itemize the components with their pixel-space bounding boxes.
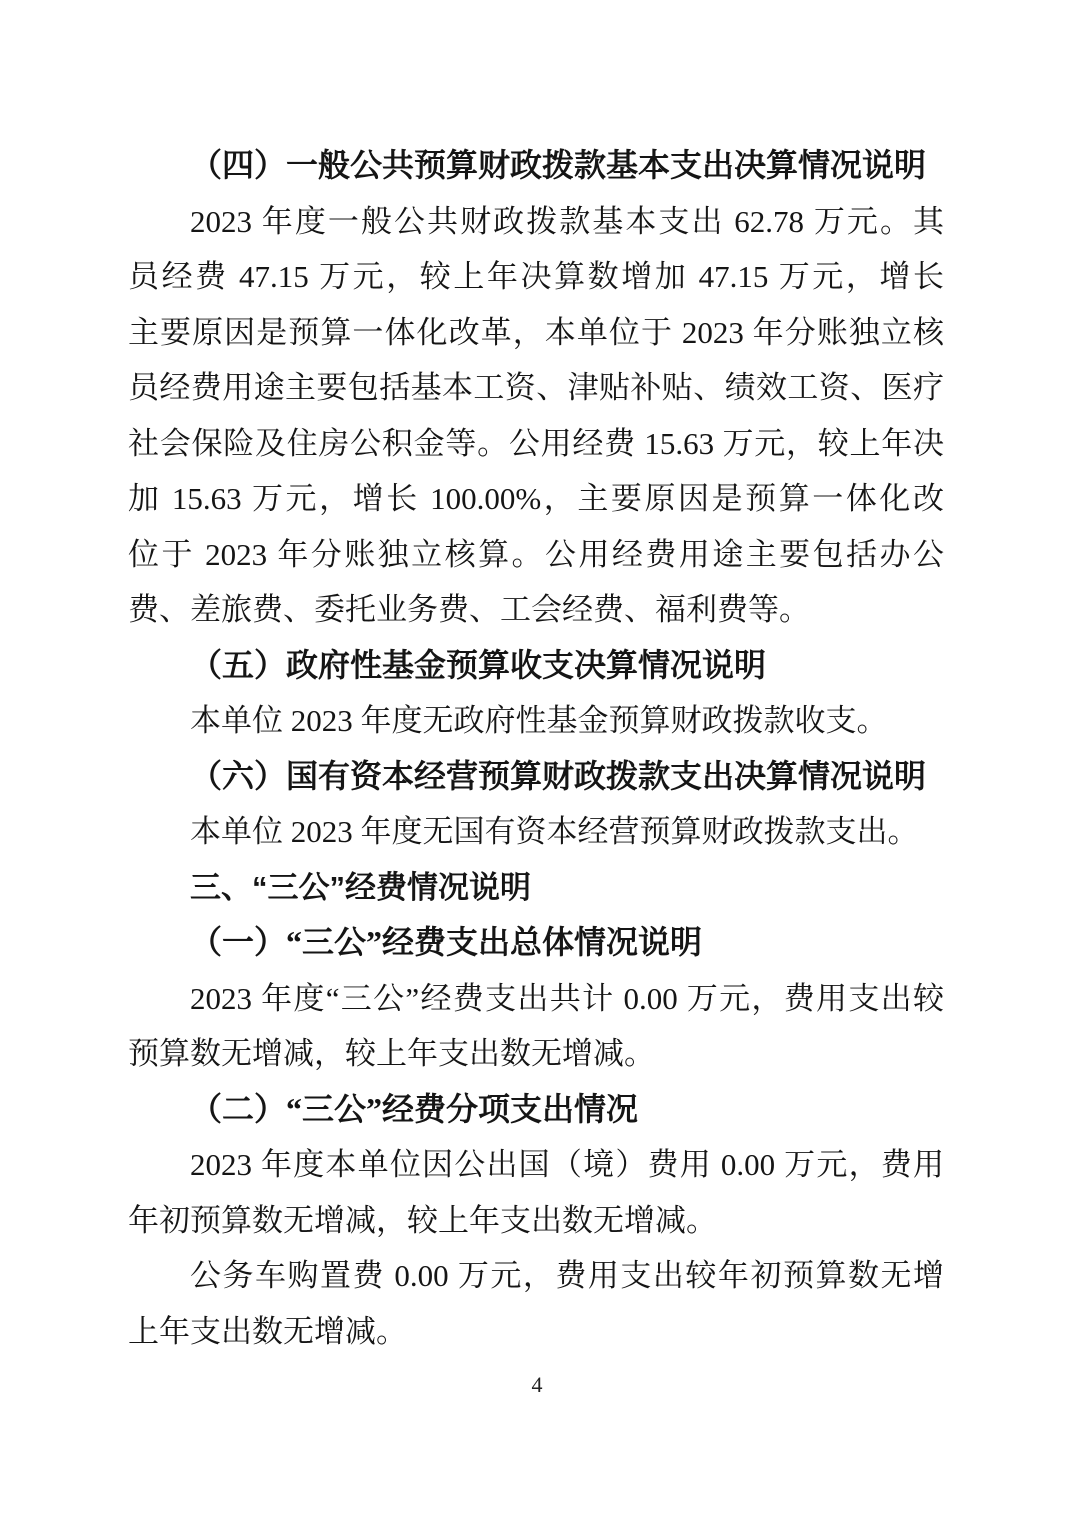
paragraph-line: 2023 年度“三公”经费支出共计 0.00 万元，费用支出较年初 bbox=[128, 971, 944, 1027]
paragraph-line: 上年支出数无增减。 bbox=[128, 1304, 944, 1360]
heading-subsection-2: （二）“三公”经费分项支出情况 bbox=[128, 1082, 944, 1138]
paragraph-line: 费、差旅费、委托业务费、工会经费、福利费等。 bbox=[128, 582, 944, 638]
paragraph-line: 公务车购置费 0.00 万元，费用支出较年初预算数无增减，较 bbox=[128, 1248, 944, 1304]
heading-section-4: （四）一般公共预算财政拨款基本支出决算情况说明 bbox=[128, 138, 944, 194]
document-page: （四）一般公共预算财政拨款基本支出决算情况说明 2023 年度一般公共财政拨款基… bbox=[0, 0, 1074, 1520]
paragraph-line: 本单位 2023 年度无国有资本经营预算财政拨款支出。 bbox=[128, 804, 944, 860]
paragraph-line: 社会保险及住房公积金等。公用经费 15.63 万元，较上年决算数增 bbox=[128, 416, 944, 472]
paragraph-line: 年初预算数无增减，较上年支出数无增减。 bbox=[128, 1193, 944, 1249]
paragraph-line: 预算数无增减，较上年支出数无增减。 bbox=[128, 1026, 944, 1082]
page-number: 4 bbox=[0, 1372, 1074, 1398]
heading-part-3: 三、“三公”经费情况说明 bbox=[128, 860, 944, 916]
paragraph-line: 2023 年度一般公共财政拨款基本支出 62.78 万元。其中：人 bbox=[128, 194, 944, 250]
heading-section-6: （六）国有资本经营预算财政拨款支出决算情况说明 bbox=[128, 749, 944, 805]
document-body: （四）一般公共预算财政拨款基本支出决算情况说明 2023 年度一般公共财政拨款基… bbox=[128, 138, 944, 1359]
paragraph-line: 员经费用途主要包括基本工资、津贴补贴、绩效工资、医疗费、 bbox=[128, 360, 944, 416]
paragraph-line: 主要原因是预算一体化改革，本单位于 2023 年分账独立核算。人 bbox=[128, 305, 944, 361]
paragraph-line: 2023 年度本单位因公出国（境）费用 0.00 万元，费用支出较 bbox=[128, 1137, 944, 1193]
paragraph-line: 位于 2023 年分账独立核算。公用经费用途主要包括办公费、邮电 bbox=[128, 527, 944, 583]
paragraph-line: 加 15.63 万元，增长 100.00%，主要原因是预算一体化改革，本单 bbox=[128, 471, 944, 527]
paragraph-line: 员经费 47.15 万元，较上年决算数增加 47.15 万元，增长 100.00… bbox=[128, 249, 944, 305]
paragraph-line: 本单位 2023 年度无政府性基金预算财政拨款收支。 bbox=[128, 693, 944, 749]
heading-section-5: （五）政府性基金预算收支决算情况说明 bbox=[128, 638, 944, 694]
heading-subsection-1: （一）“三公”经费支出总体情况说明 bbox=[128, 915, 944, 971]
